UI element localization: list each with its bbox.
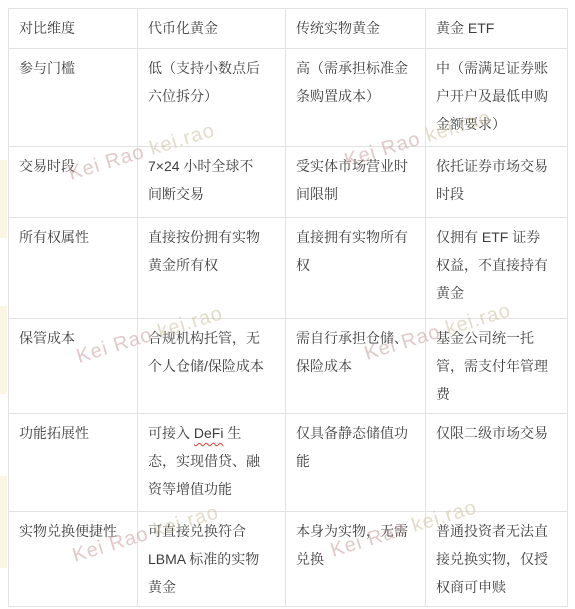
tokenized-gold-cell: 可直接兑换符合 LBMA 标准的实物 黄金 <box>138 512 286 607</box>
gold-etf-cell: 仅拥有 ETF 证券 权益，不直接持有 黄金 <box>426 218 568 319</box>
table-header-row: 对比维度 代币化黄金 传统实物黄金 黄金 ETF <box>9 9 568 49</box>
dimension-cell: 参与门槛 <box>9 49 138 147</box>
cell-text-pre: 可接入 <box>148 425 194 441</box>
gold-comparison-page: Kei Rao kei.rao Kei Rao kei.rao Kei Rao … <box>0 8 575 609</box>
table-row-ownership: 所有权属性 直接按份拥有实物 黄金所有权 直接拥有实物所有 权 仅拥有 ETF … <box>9 218 568 319</box>
gold-etf-cell: 基金公司统一托 管，需支付年管理 费 <box>426 319 568 414</box>
edge-artifact <box>0 476 7 568</box>
gold-etf-cell: 普通投资者无法直 接兑换实物，仅授 权商可申赎 <box>426 512 568 607</box>
header-cell-gold-etf: 黄金 ETF <box>426 9 568 49</box>
edge-artifact <box>0 306 7 394</box>
dimension-cell: 交易时段 <box>9 147 138 218</box>
gold-etf-cell: 仅限二级市场交易 <box>426 414 568 512</box>
physical-gold-cell: 高（需承担标准金 条购置成本） <box>286 49 426 147</box>
header-cell-tokenized-gold: 代币化黄金 <box>138 9 286 49</box>
tokenized-gold-cell: 合规机构托管，无 个人仓储/保险成本 <box>138 319 286 414</box>
table-row-functionality: 功能拓展性 可接入 DeFi 生 态，实现借贷、融 资等增值功能 仅具备静态储值… <box>9 414 568 512</box>
physical-gold-cell: 需自行承担仓储、 保险成本 <box>286 319 426 414</box>
table-row-entry-threshold: 参与门槛 低（支持小数点后 六位拆分） 高（需承担标准金 条购置成本） 中（需满… <box>9 49 568 147</box>
tokenized-gold-cell: 可接入 DeFi 生 态，实现借贷、融 资等增值功能 <box>138 414 286 512</box>
table-row-redemption: 实物兑换便捷性 可直接兑换符合 LBMA 标准的实物 黄金 本身为实物，无需 兑… <box>9 512 568 607</box>
physical-gold-cell: 受实体市场营业时 间限制 <box>286 147 426 218</box>
dimension-cell: 所有权属性 <box>9 218 138 319</box>
dimension-cell: 功能拓展性 <box>9 414 138 512</box>
dimension-cell: 实物兑换便捷性 <box>9 512 138 607</box>
physical-gold-cell: 本身为实物，无需 兑换 <box>286 512 426 607</box>
gold-comparison-table: 对比维度 代币化黄金 传统实物黄金 黄金 ETF 参与门槛 低（支持小数点后 六… <box>8 8 568 607</box>
physical-gold-cell: 仅具备静态储值功 能 <box>286 414 426 512</box>
table-row-custody-cost: 保管成本 合规机构托管，无 个人仓储/保险成本 需自行承担仓储、 保险成本 基金… <box>9 319 568 414</box>
header-cell-physical-gold: 传统实物黄金 <box>286 9 426 49</box>
spellcheck-flagged-word: DeFi <box>194 425 224 441</box>
tokenized-gold-cell: 低（支持小数点后 六位拆分） <box>138 49 286 147</box>
header-cell-dimension: 对比维度 <box>9 9 138 49</box>
dimension-cell: 保管成本 <box>9 319 138 414</box>
tokenized-gold-cell: 直接按份拥有实物 黄金所有权 <box>138 218 286 319</box>
gold-etf-cell: 中（需满足证券账 户开户及最低申购 金额要求） <box>426 49 568 147</box>
gold-etf-cell: 依托证券市场交易 时段 <box>426 147 568 218</box>
tokenized-gold-cell: 7×24 小时全球不 间断交易 <box>138 147 286 218</box>
edge-artifact <box>0 160 7 238</box>
table-row-trading-hours: 交易时段 7×24 小时全球不 间断交易 受实体市场营业时 间限制 依托证券市场… <box>9 147 568 218</box>
physical-gold-cell: 直接拥有实物所有 权 <box>286 218 426 319</box>
